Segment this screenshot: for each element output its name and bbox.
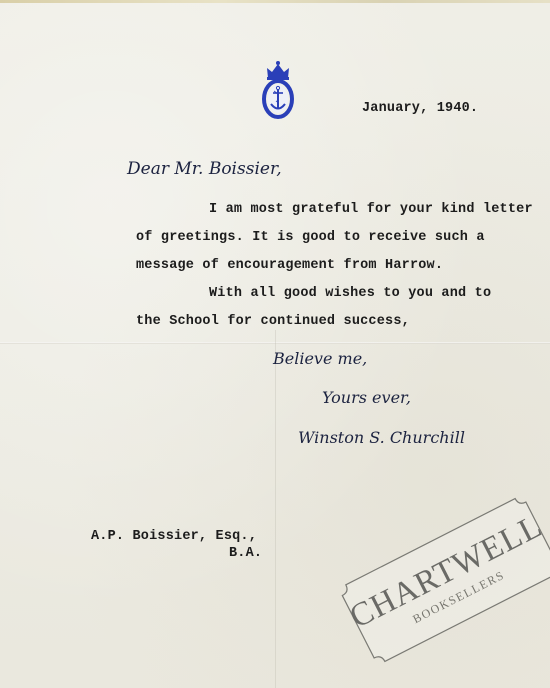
chartwell-stamp: CHARTWELL BOOKSELLERS xyxy=(336,492,550,668)
letter-salutation: Dear Mr. Boissier, xyxy=(127,159,282,179)
body-line-4: With all good wishes to you and to xyxy=(209,286,491,301)
body-line-1: I am most grateful for your kind letter xyxy=(209,202,533,217)
closing-believe-me: Believe me, xyxy=(273,349,367,368)
paper-top-edge xyxy=(0,0,550,3)
closing-yours-ever: Yours ever, xyxy=(322,388,411,407)
body-line-2: of greetings. It is good to receive such… xyxy=(136,230,485,245)
letter-paper: January, 1940. Dear Mr. Boissier, I am m… xyxy=(0,0,550,688)
admiralty-crest-icon xyxy=(258,58,298,120)
recipient-name: A.P. Boissier, Esq., xyxy=(91,529,257,544)
body-line-5: the School for continued success, xyxy=(136,314,410,329)
signature: Winston S. Churchill xyxy=(298,428,465,447)
paper-fold-vertical xyxy=(275,330,276,688)
letter-date: January, 1940. xyxy=(362,101,478,116)
body-line-3: message of encouragement from Harrow. xyxy=(136,258,443,273)
recipient-degree: B.A. xyxy=(229,546,262,561)
